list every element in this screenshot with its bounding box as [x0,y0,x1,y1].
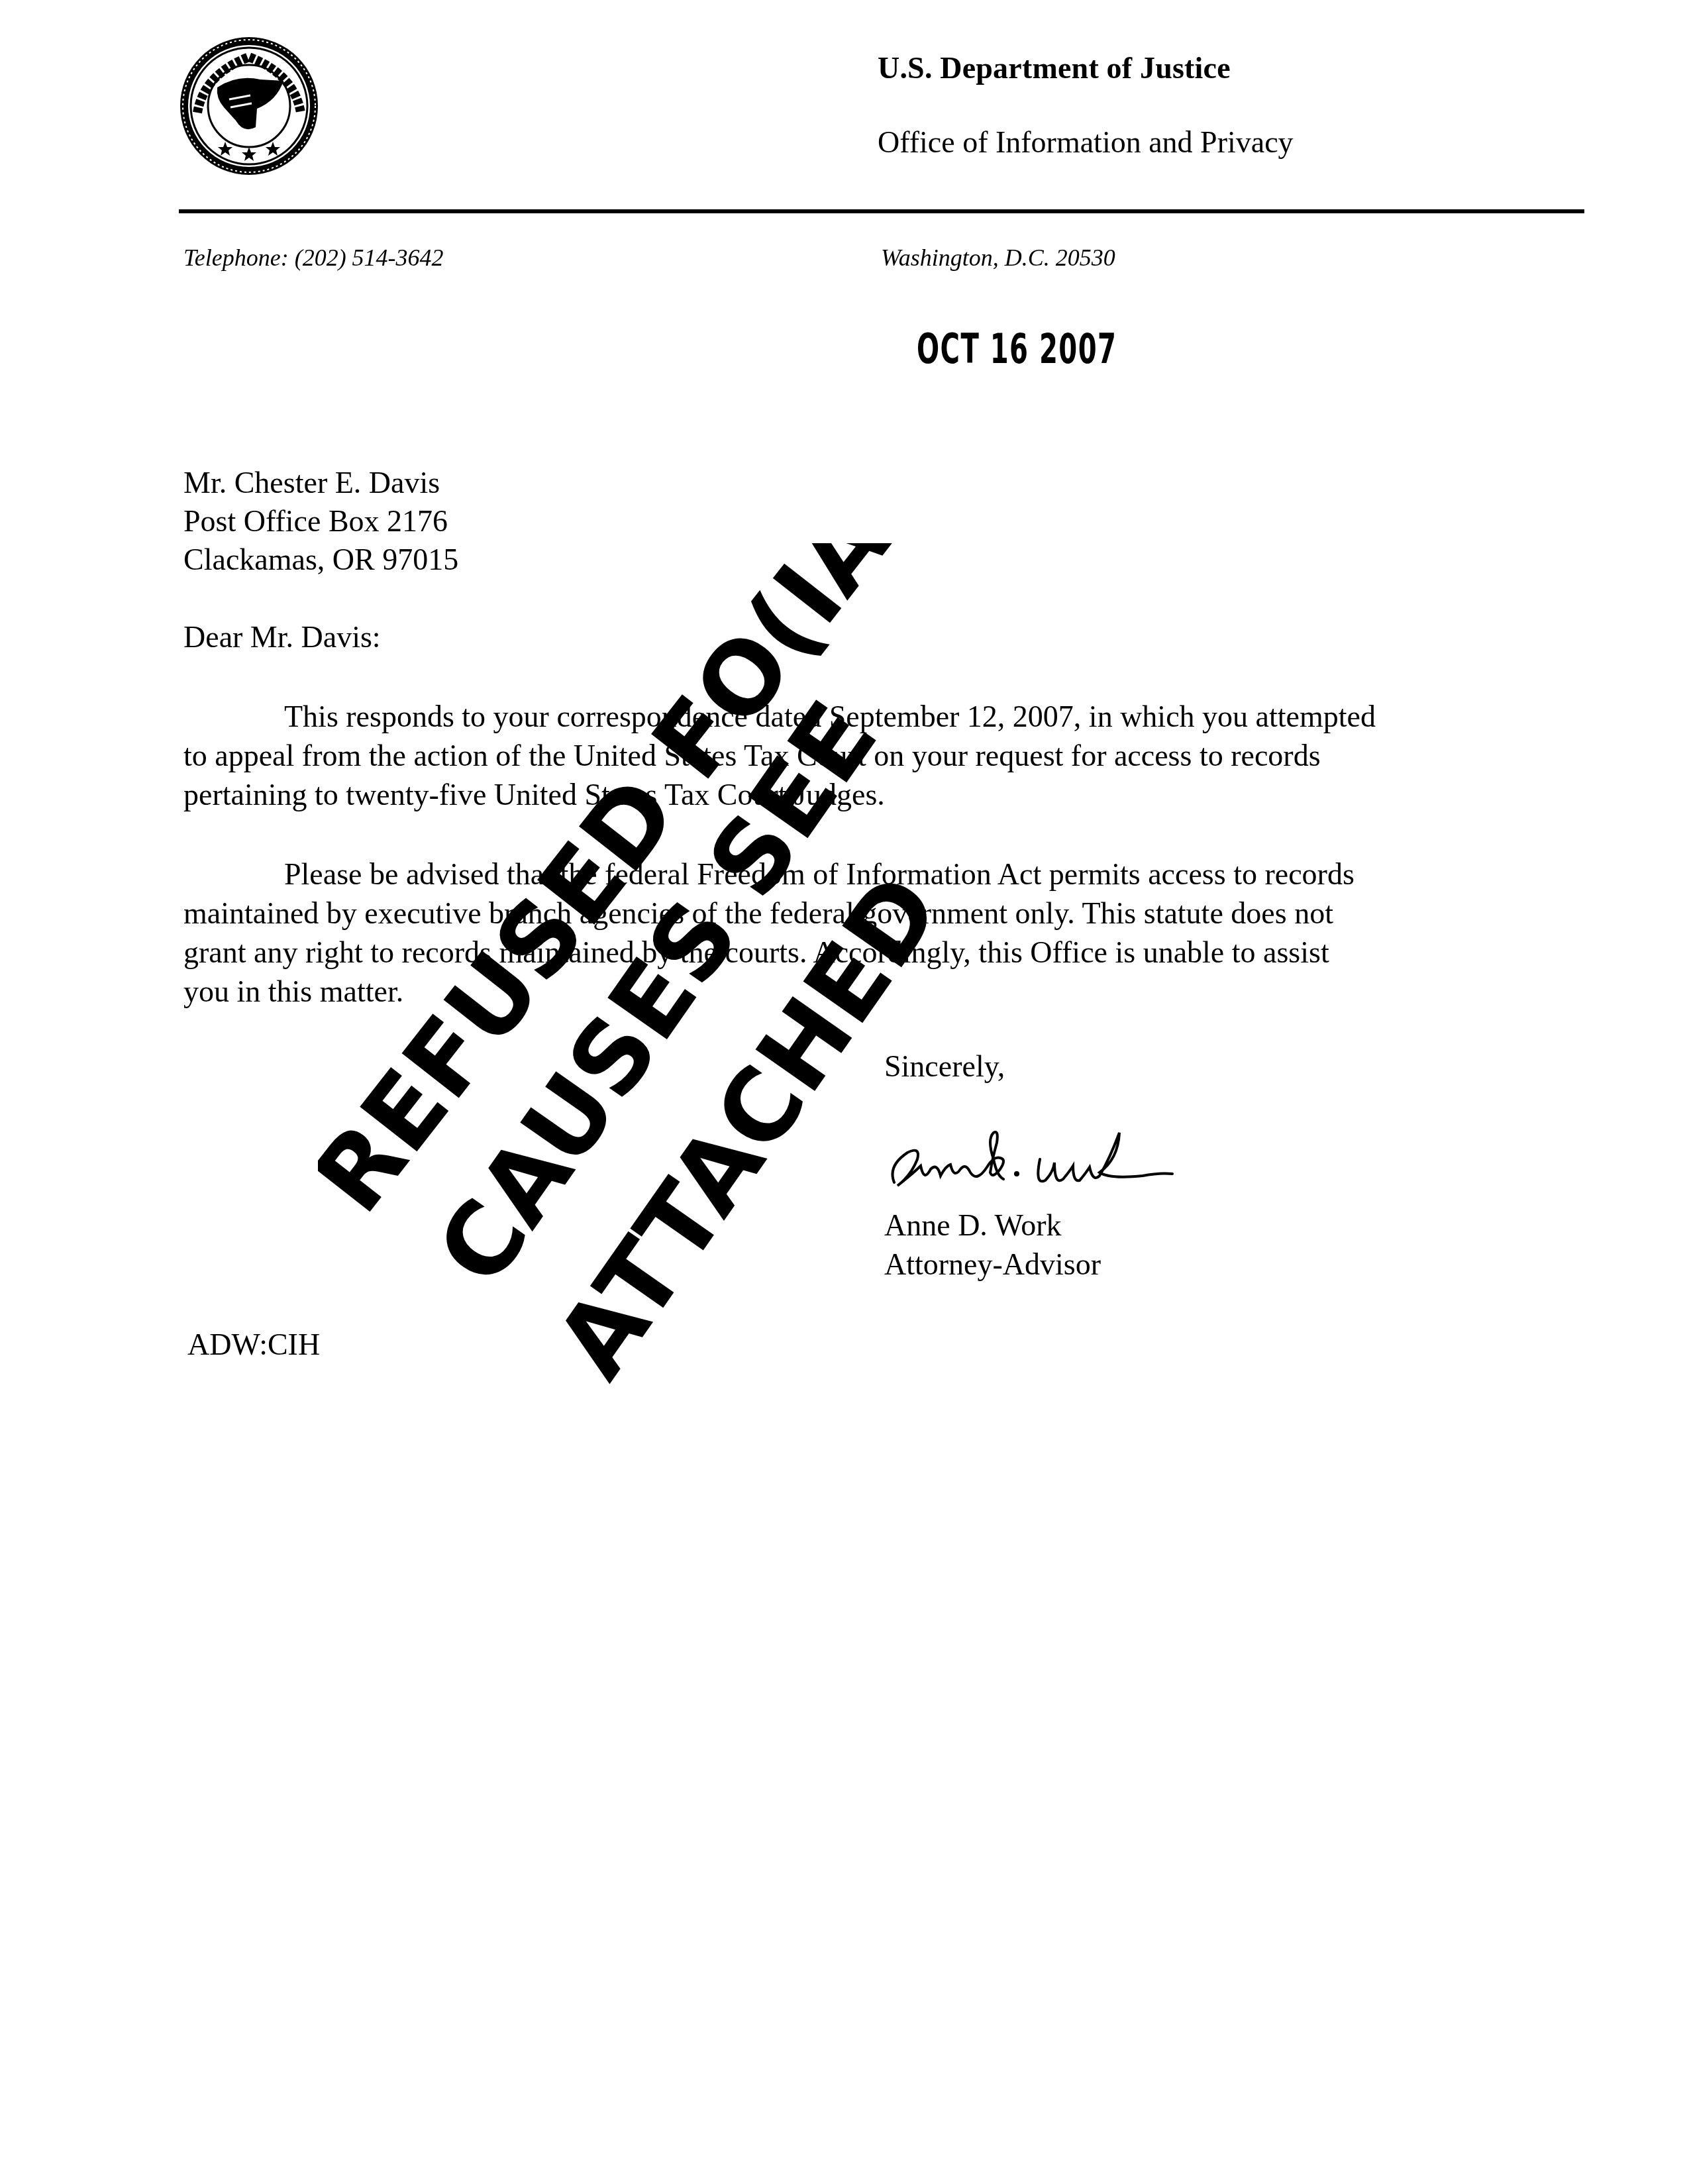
recipient-name: Mr. Chester E. Davis [183,464,458,502]
office-location: Washington, D.C. 20530 [881,244,1115,272]
recipient-address-line2: Clackamas, OR 97015 [183,541,458,579]
telephone-number: Telephone: (202) 514-3642 [183,244,444,272]
recipient-address: Mr. Chester E. Davis Post Office Box 217… [183,464,458,579]
paragraph-line: This responds to your correspondence dat… [183,697,1502,736]
recipient-address-line1: Post Office Box 2176 [183,502,458,541]
paragraph-line: pertaining to twenty-five United States … [183,775,1502,814]
paragraph-line: to appeal from the action of the United … [183,736,1502,775]
signer-name: Anne D. Work [884,1206,1101,1245]
salutation: Dear Mr. Davis: [183,619,381,654]
body-paragraph-1: This responds to your correspondence dat… [183,697,1502,814]
department-name: U.S. Department of Justice [878,50,1231,85]
signer-block: Anne D. Work Attorney-Advisor [884,1206,1101,1284]
paragraph-line: you in this matter. [183,972,1502,1011]
doj-seal-icon [178,34,321,178]
paragraph-line: grant any right to records maintained by… [183,933,1502,972]
letterhead-divider [179,209,1584,213]
office-name: Office of Information and Privacy [878,125,1294,160]
body-paragraph-2: Please be advised that the federal Freed… [183,855,1502,1011]
closing: Sincerely, [884,1049,1005,1084]
reference-initials: ADW:CIH [187,1327,320,1362]
signer-title: Attorney-Advisor [884,1245,1101,1284]
paragraph-line: Please be advised that the federal Freed… [183,855,1502,894]
paragraph-line: maintained by executive branch agencies … [183,894,1502,933]
date-stamp: OCT 16 2007 [917,325,1117,373]
letter-page: U.S. Department of Justice Office of Inf… [0,0,1689,2184]
signature-icon [881,1119,1305,1206]
